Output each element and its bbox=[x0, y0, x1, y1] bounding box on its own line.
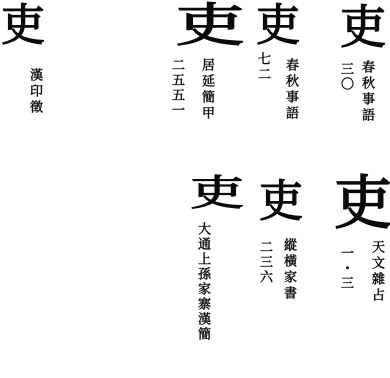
source-label-hanyinzheng: 漢印徵 bbox=[28, 68, 41, 116]
number-label-zongheng-236: 二三六 bbox=[258, 240, 271, 285]
glyph-juyan-2551: 吏 bbox=[150, 2, 270, 48]
source-label-chunqiu-72: 春秋事語 bbox=[284, 58, 297, 122]
source-label-zongheng-236: 縱橫家書 bbox=[282, 238, 295, 302]
glyph-zongheng-236: 吏 bbox=[258, 180, 304, 224]
glyph-datong-sunjiazhai: 吏 bbox=[172, 176, 262, 212]
source-label-juyan-2551: 居延簡甲 bbox=[200, 58, 213, 122]
glyph-tianwen-1-3: 吏 bbox=[334, 174, 390, 232]
source-label-chunqiu-30: 春秋事語 bbox=[360, 60, 373, 124]
number-label-tianwen-1-3: 一・三 bbox=[339, 246, 352, 291]
number-label-chunqiu-30: 三〇 bbox=[339, 62, 352, 92]
source-label-tianwen-1-3: 天文雜占 bbox=[370, 240, 383, 304]
source-label-datong-sunjiazhai: 大通上孫家寨漢簡 bbox=[196, 222, 209, 342]
glyph-chunqiu-30: 吏 bbox=[338, 4, 388, 50]
number-label-chunqiu-72: 七二 bbox=[256, 52, 269, 82]
glyph-hanyinzheng: 吏 bbox=[0, 4, 46, 48]
number-label-juyan-2551: 二五五一 bbox=[170, 58, 183, 118]
